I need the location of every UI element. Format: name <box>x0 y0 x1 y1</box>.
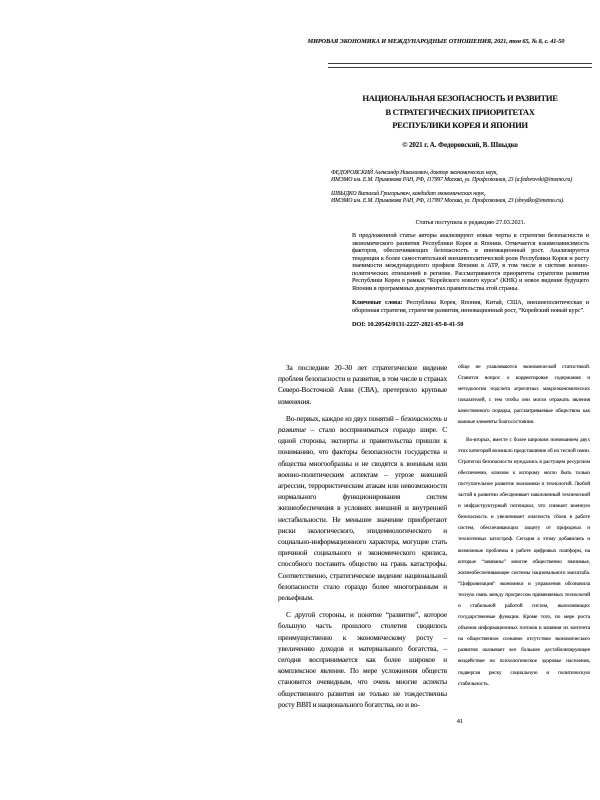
body-column-left: За последние 20–30 лет стратегическое ви… <box>278 362 447 716</box>
body-paragraph: Во-первых, каждое из двух понятий – безо… <box>278 413 447 603</box>
title-line-2: В СТРАТЕГИЧЕСКИХ ПРИОРИТЕТАХ <box>320 106 600 120</box>
keywords-label: Ключевые слова: <box>352 299 402 306</box>
journal-header: МИРОВАЯ ЭКОНОМИКА И МЕЖДУНАРОДНЫЕ ОТНОШЕ… <box>280 38 592 45</box>
keywords: Ключевые слова: Республика Корея, Япония… <box>352 299 589 314</box>
title-line-1: НАЦИОНАЛЬНАЯ БЕЗОПАСНОСТЬ И РАЗВИТИЕ <box>320 92 600 106</box>
scanned-paper-page: МИРОВАЯ ЭКОНОМИКА И МЕЖДУНАРОДНЫЕ ОТНОШЕ… <box>0 0 600 800</box>
article-byline: © 2021 г. А. Федоровский, В. Швыдко <box>320 141 600 149</box>
header-double-rule <box>328 63 592 68</box>
abstract-block: В предложенной статье авторы анализируют… <box>352 232 589 336</box>
body-paragraph: обще не улавливаются экономической стати… <box>458 362 590 429</box>
paragraph-segment: – стало восприниматься гораздо шире. С о… <box>278 425 447 602</box>
body-column-right: обще не улавливаются экономической стати… <box>458 362 590 696</box>
doi: DOI: 10.20542/0131-2227-2021-65-8-41-50 <box>352 321 589 329</box>
received-date: Статья поступила в редакцию 27.03.2021. <box>352 219 589 226</box>
article-title: НАЦИОНАЛЬНАЯ БЕЗОПАСНОСТЬ И РАЗВИТИЕ В С… <box>320 92 600 133</box>
body-paragraph: За последние 20–30 лет стратегическое ви… <box>278 362 447 407</box>
author-1-affil-line: ИМЭМО им. Е.М. Примакова РАН, РФ, 117997… <box>331 177 572 183</box>
author-1-name-line: ФЕДОРОВСКИЙ Александр Николаевич, доктор… <box>331 170 498 176</box>
page-number: 41 <box>328 718 592 725</box>
title-line-3: РЕСПУБЛИКИ КОРЕЯ И ЯПОНИИ <box>320 119 600 133</box>
author-2-name-line: ШВЫДКО Виталий Григорьевич, кандидат эко… <box>331 191 485 197</box>
body-paragraph: Во-вторых, вместе с более широким понима… <box>458 435 590 690</box>
authors-affiliations: ФЕДОРОВСКИЙ Александр Николаевич, доктор… <box>331 170 592 212</box>
article-head: НАЦИОНАЛЬНАЯ БЕЗОПАСНОСТЬ И РАЗВИТИЕ В С… <box>320 92 600 149</box>
abstract-text: В предложенной статье авторы анализируют… <box>352 232 589 292</box>
body-paragraph: С другой стороны, и понятие “развитие”, … <box>278 609 447 710</box>
paragraph-segment: Во-первых, каждое из двух понятий – <box>286 414 401 423</box>
author-2-affiliation: ШВЫДКО Виталий Григорьевич, кандидат эко… <box>331 191 592 206</box>
author-2-affil-line: ИМЭМО им. Е.М. Примакова РАН, РФ, 117997… <box>331 198 564 204</box>
author-1-affiliation: ФЕДОРОВСКИЙ Александр Николаевич, доктор… <box>331 170 592 185</box>
